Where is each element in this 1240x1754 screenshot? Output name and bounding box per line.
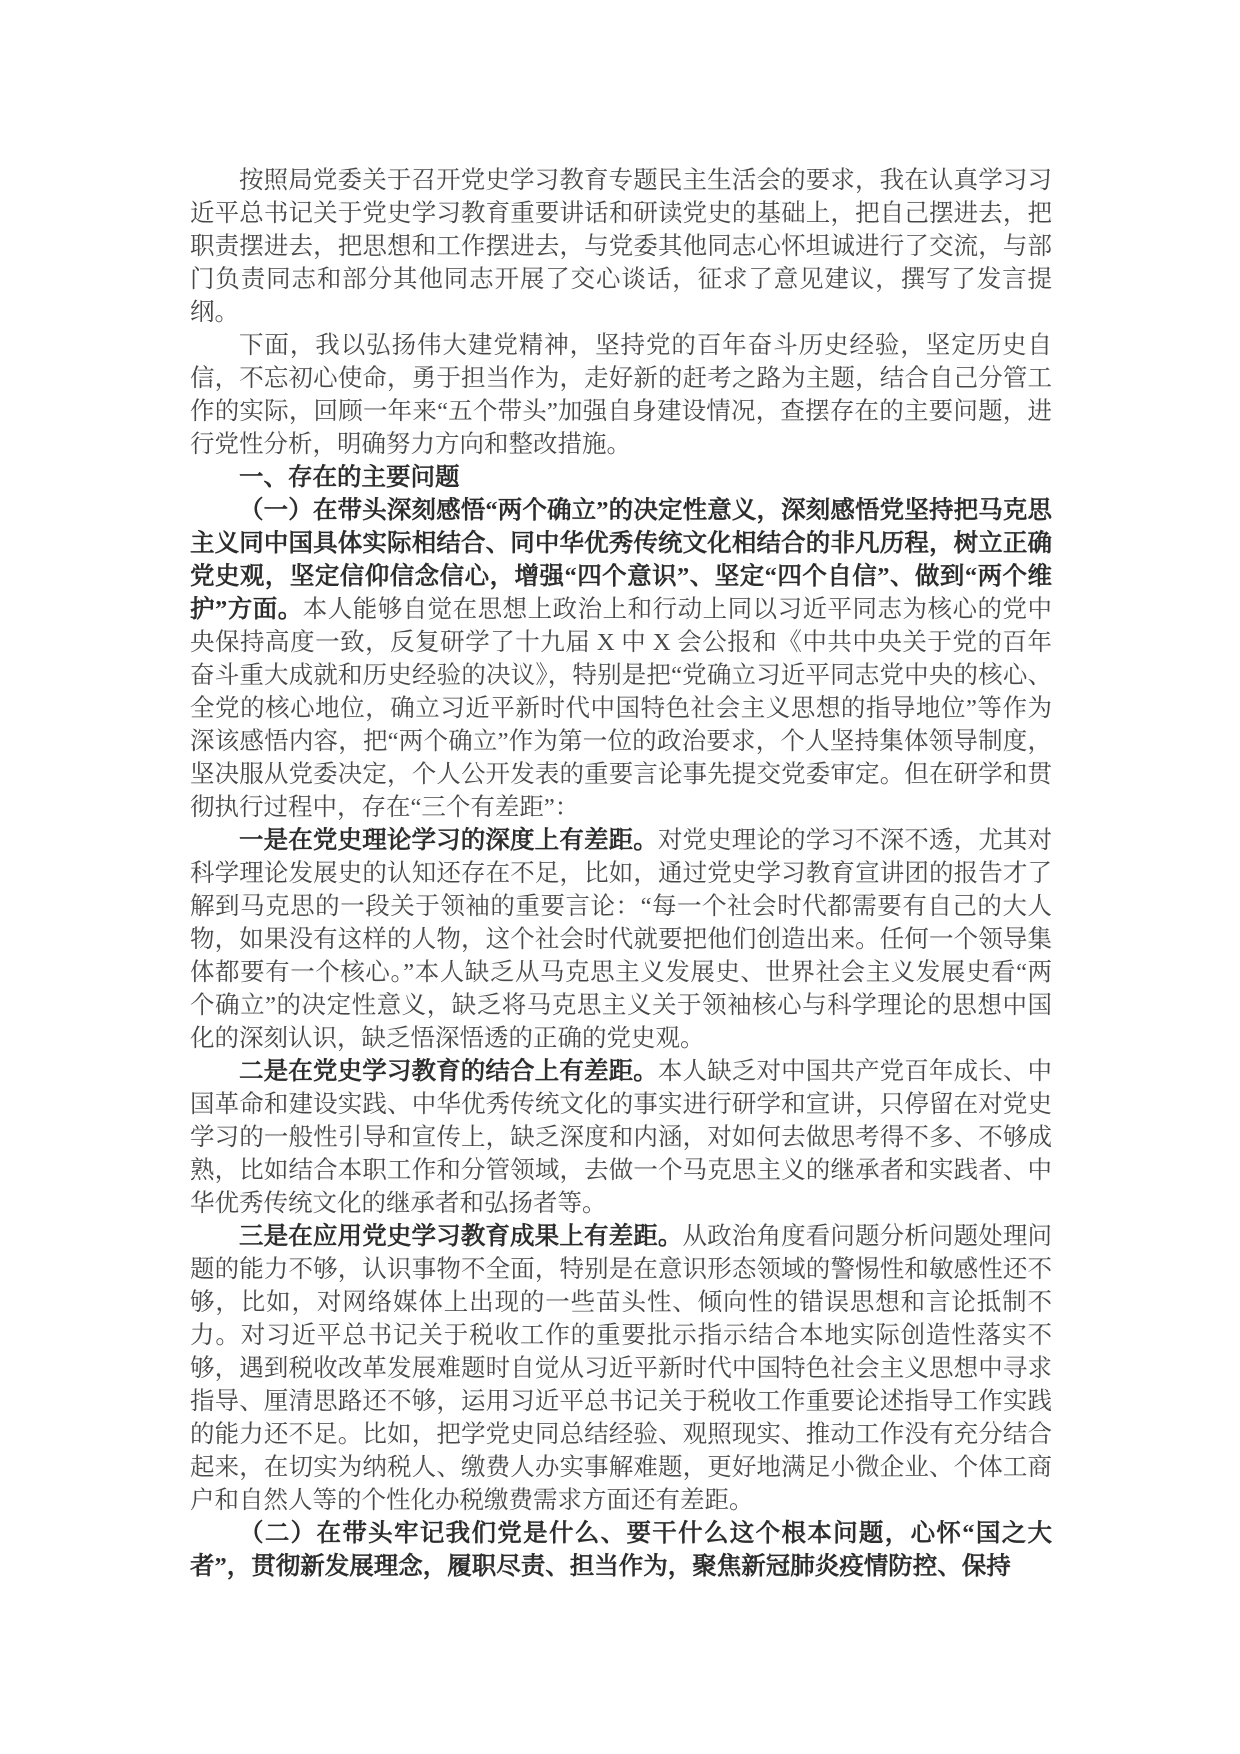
body-text-run: 从政治角度看问题分析问题处理问题的能力不够，认识事物不全面，特别是在意识形态领域…	[190, 1223, 1052, 1514]
intro-paragraph: 按照局党委关于召开党史学习教育专题民主生活会的要求，我在认真学习习近平总书记关于…	[190, 164, 1052, 329]
document-body: 按照局党委关于召开党史学习教育专题民主生活会的要求，我在认真学习习近平总书记关于…	[190, 164, 1052, 1583]
bold-text-run: （二）在带头牢记我们党是什么、要干什么这个根本问题，心怀“国之大者”，贯彻新发展…	[190, 1520, 1052, 1580]
body-text-run: 本人能够自觉在思想上政治上和行动上同以习近平同志为核心的党中央保持高度一致，反复…	[190, 596, 1052, 821]
bold-text-run: 一、存在的主要问题	[239, 464, 460, 491]
point-2-paragraph: 二是在党史学习教育的结合上有差距。本人缺乏对中国共产党百年成长、中国革命和建设实…	[190, 1055, 1052, 1220]
bold-text-run: 一是在党史理论学习的深度上有差距。	[239, 827, 658, 854]
section-heading-main-problems: 一、存在的主要问题	[190, 461, 1052, 494]
point-3-paragraph: 三是在应用党史学习教育成果上有差距。从政治角度看问题分析问题处理问题的能力不够，…	[190, 1220, 1052, 1517]
body-text-run: 下面，我以弘扬伟大建党精神，坚持党的百年奋斗历史经验，坚定历史自信，不忘初心使命…	[190, 332, 1052, 458]
point-1-paragraph: 一是在党史理论学习的深度上有差距。对党史理论的学习不深不透，尤其对科学理论发展史…	[190, 824, 1052, 1055]
subsection-2-paragraph: （二）在带头牢记我们党是什么、要干什么这个根本问题，心怀“国之大者”，贯彻新发展…	[190, 1517, 1052, 1583]
theme-paragraph: 下面，我以弘扬伟大建党精神，坚持党的百年奋斗历史经验，坚定历史自信，不忘初心使命…	[190, 329, 1052, 461]
subsection-1-paragraph: （一）在带头深刻感悟“两个确立”的决定性意义，深刻感悟党坚持把马克思主义同中国具…	[190, 494, 1052, 824]
document-page: 按照局党委关于召开党史学习教育专题民主生活会的要求，我在认真学习习近平总书记关于…	[0, 0, 1240, 1754]
body-text-run: 按照局党委关于召开党史学习教育专题民主生活会的要求，我在认真学习习近平总书记关于…	[190, 167, 1052, 326]
body-text-run: 对党史理论的学习不深不透，尤其对科学理论发展史的认知还存在不足，比如，通过党史学…	[190, 827, 1052, 1052]
bold-text-run: 三是在应用党史学习教育成果上有差距。	[239, 1223, 683, 1250]
bold-text-run: 二是在党史学习教育的结合上有差距。	[239, 1058, 658, 1085]
